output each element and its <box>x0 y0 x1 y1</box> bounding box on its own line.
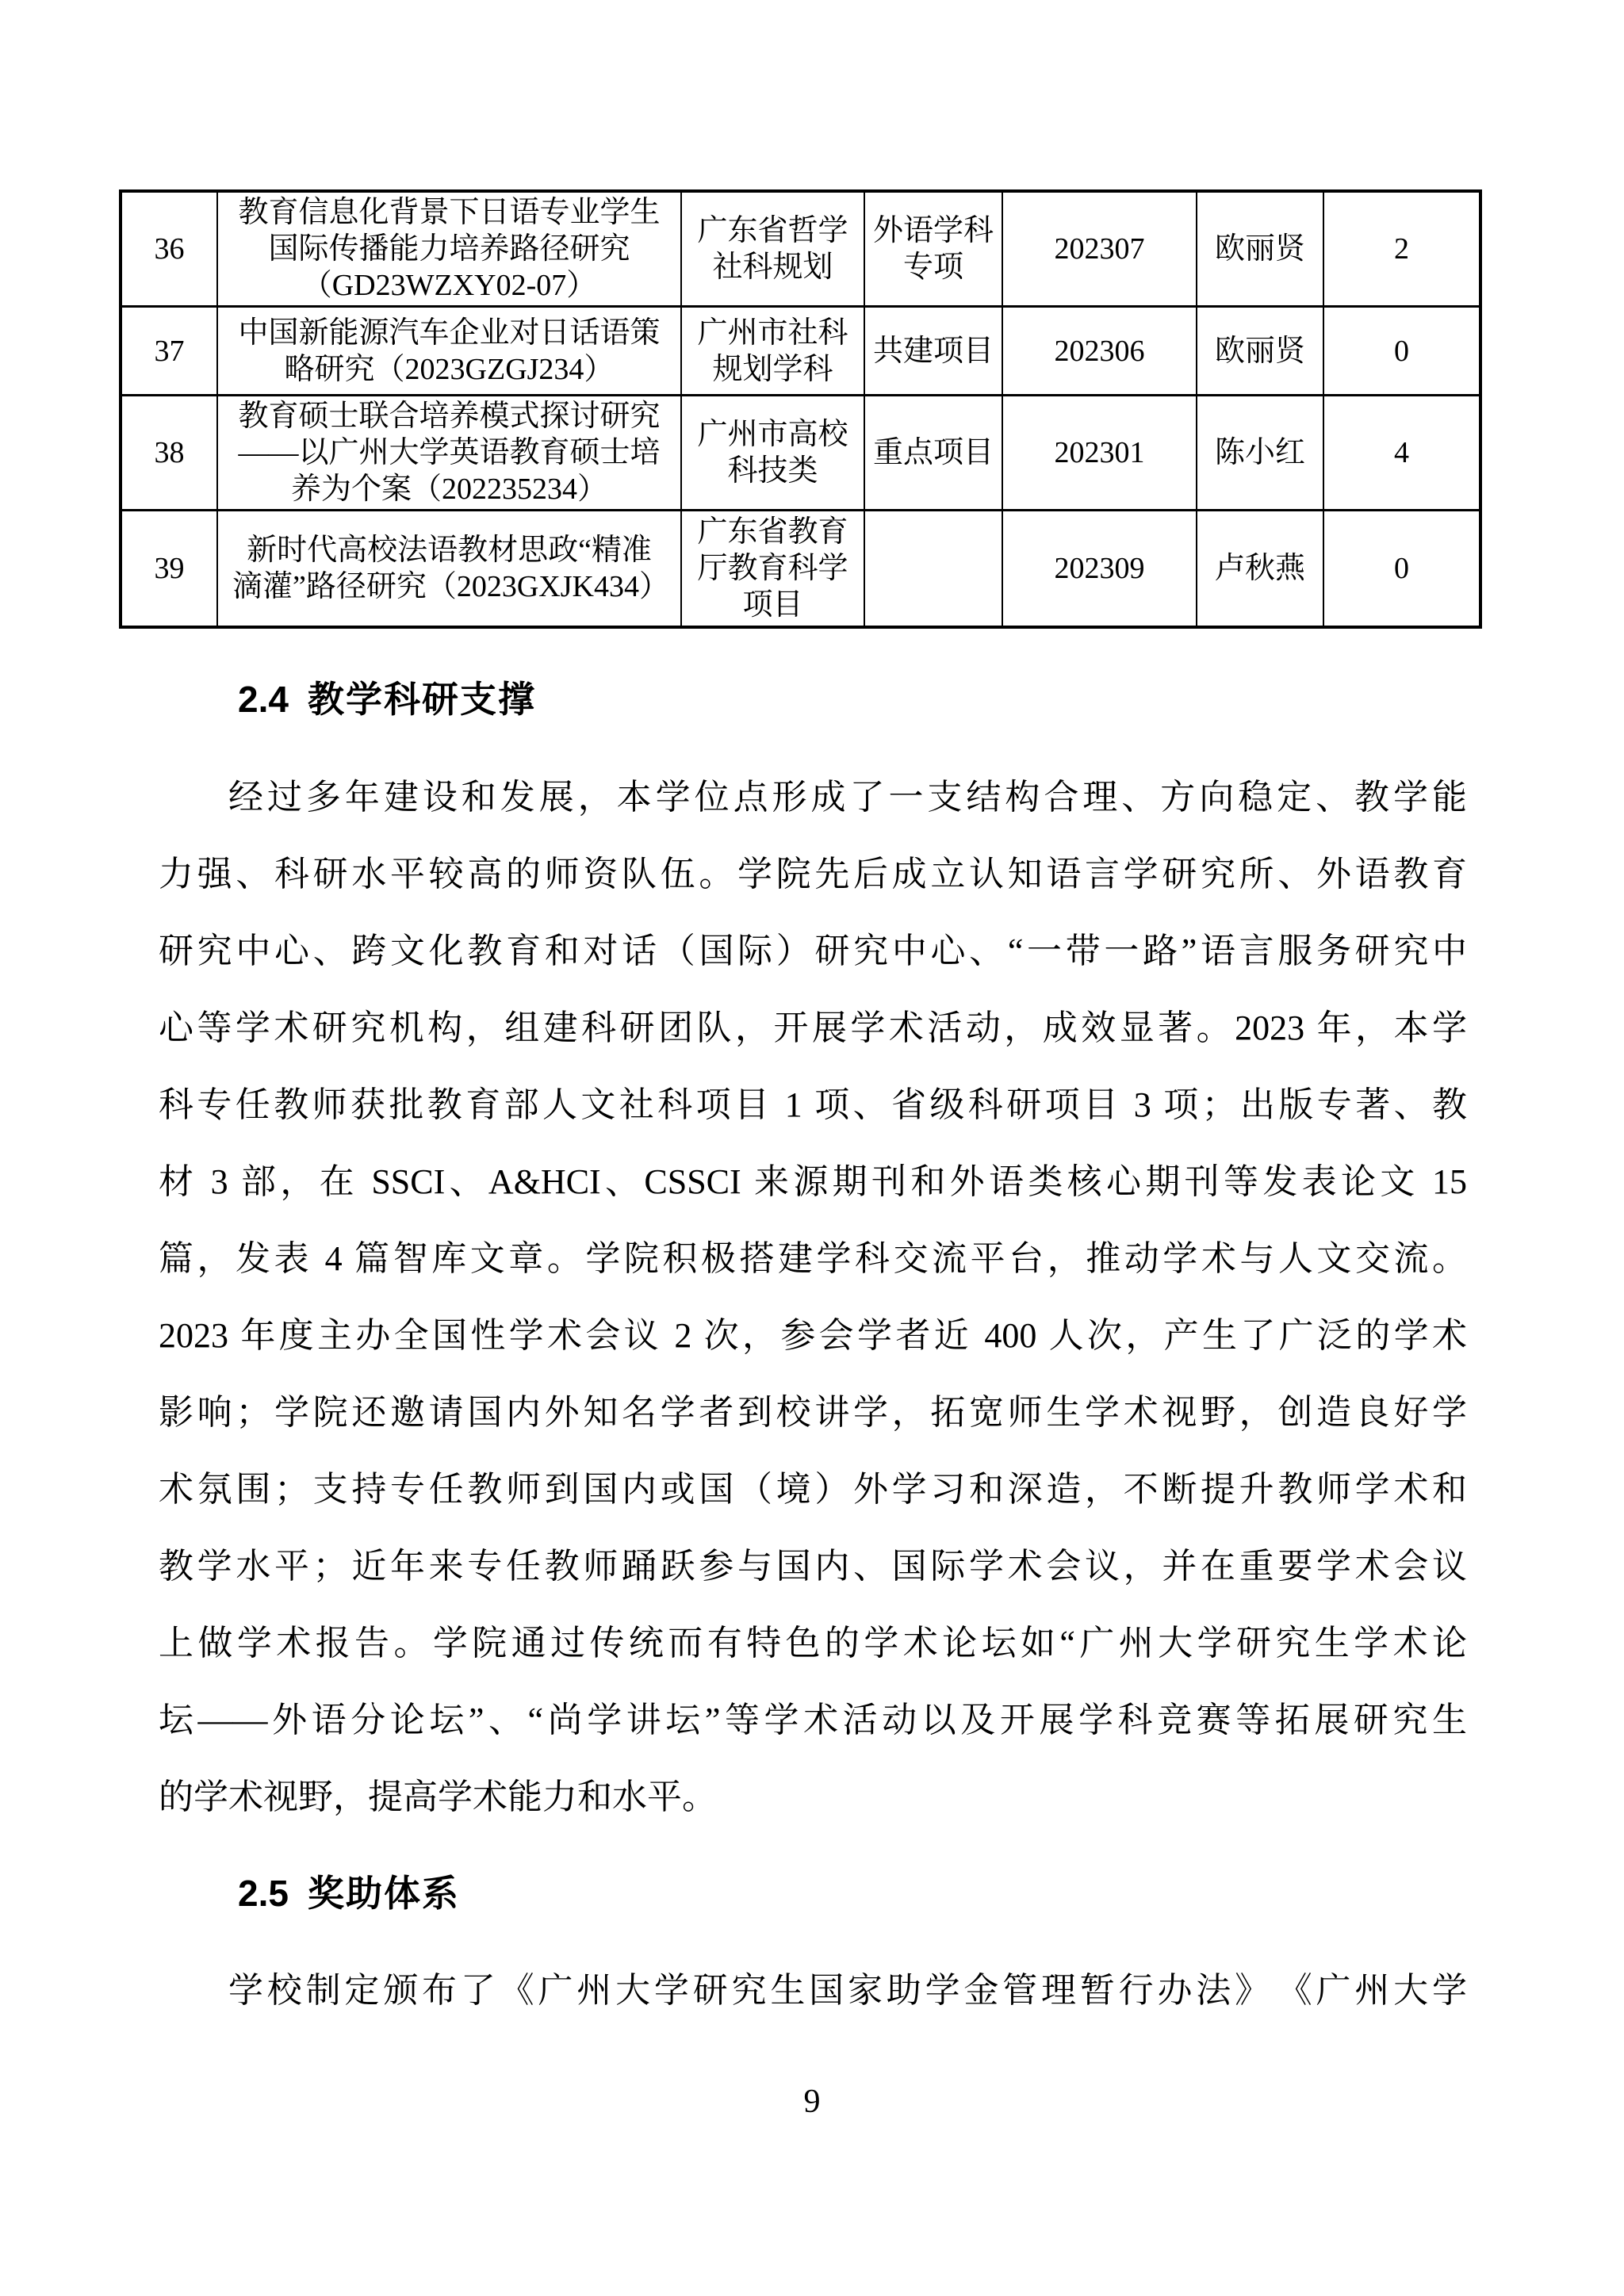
cell-category: 共建项目 <box>864 307 1002 396</box>
cell-code: 202301 <box>1002 396 1197 511</box>
heading-number: 2.5 <box>238 1873 289 1914</box>
table-row: 37 中国新能源汽车企业对日话语策略研究（2023GZGJ234） 广州市社科规… <box>121 307 1480 396</box>
cell-code: 202309 <box>1002 511 1197 627</box>
cell-count: 0 <box>1323 511 1480 627</box>
cell-count: 2 <box>1323 191 1480 307</box>
table-row: 38 教育硕士联合培养模式探讨研究——以广州大学英语教育硕士培养为个案（2022… <box>121 396 1480 511</box>
text-line: 研究中心、跨文化教育和对话（国际）研究中心、“一带一路”语言服务研究中 <box>159 913 1467 989</box>
text-line: 教学水平；近年来专任教师踊跃参与国内、国际学术会议，并在重要学术会议 <box>159 1528 1467 1605</box>
text-line: 篇，发表 4 篇智库文章。学院积极搭建学科交流平台，推动学术与人文交流。 <box>159 1220 1467 1297</box>
table-row: 36 教育信息化背景下日语专业学生国际传播能力培养路径研究（GD23WZXY02… <box>121 191 1480 307</box>
text-line: 心等学术研究机构，组建科研团队，开展学术活动，成效显著。2023 年，本学 <box>159 989 1467 1066</box>
projects-table-wrap: 36 教育信息化背景下日语专业学生国际传播能力培养路径研究（GD23WZXY02… <box>119 189 1482 629</box>
cell-code: 202306 <box>1002 307 1197 396</box>
cell-count: 4 <box>1323 396 1480 511</box>
text-line: 上做学术报告。学院通过传统而有特色的学术论坛如“广州大学研究生学术论 <box>159 1605 1467 1682</box>
cell-category: 外语学科专项 <box>864 191 1002 307</box>
heading-number: 2.4 <box>238 679 289 720</box>
page-number: 9 <box>0 2082 1624 2122</box>
cell-org: 广州市社科规划学科 <box>681 307 864 396</box>
cell-org: 广东省教育厅教育科学项目 <box>681 511 864 627</box>
cell-person: 欧丽贤 <box>1197 191 1323 307</box>
cell-org: 广州市高校科技类 <box>681 396 864 511</box>
table-row: 39 新时代高校法语教材思政“精准滴灌”路径研究（2023GXJK434） 广东… <box>121 511 1480 627</box>
text-line: 力强、科研水平较高的师资队伍。学院先后成立认知语言学研究所、外语教育 <box>159 836 1467 913</box>
section-heading-2-4: 2.4教学科研支撑 <box>238 679 536 720</box>
text-line: 的学术视野，提高学术能力和水平。 <box>159 1758 1467 1835</box>
text-line: 学校制定颁布了《广州大学研究生国家助学金管理暂行办法》 《广州大学 <box>159 1952 1467 2029</box>
cell-title: 教育信息化背景下日语专业学生国际传播能力培养路径研究（GD23WZXY02-07… <box>217 191 681 307</box>
cell-org: 广东省哲学社科规划 <box>681 191 864 307</box>
cell-title: 教育硕士联合培养模式探讨研究——以广州大学英语教育硕士培养为个案（2022352… <box>217 396 681 511</box>
text-line: 坛——外语分论坛”、“尚学讲坛”等学术活动以及开展学科竞赛等拓展研究生 <box>159 1682 1467 1758</box>
section-heading-2-5: 2.5奖助体系 <box>238 1873 460 1914</box>
cell-no: 36 <box>121 191 217 307</box>
cell-title: 新时代高校法语教材思政“精准滴灌”路径研究（2023GXJK434） <box>217 511 681 627</box>
cell-category: 重点项目 <box>864 396 1002 511</box>
paragraph-2-4: 经过多年建设和发展，本学位点形成了一支结构合理、方向稳定、教学能 力强、科研水平… <box>159 759 1467 1835</box>
text-line: 材 3 部，在 SSCI、A&HCI、CSSCI 来源期刊和外语类核心期刊等发表… <box>159 1143 1467 1220</box>
cell-person: 卢秋燕 <box>1197 511 1323 627</box>
text-line: 影响；学院还邀请国内外知名学者到校讲学，拓宽师生学术视野，创造良好学 <box>159 1374 1467 1451</box>
heading-text: 奖助体系 <box>308 1873 460 1914</box>
heading-text: 教学科研支撑 <box>308 679 536 720</box>
cell-category <box>864 511 1002 627</box>
cell-no: 39 <box>121 511 217 627</box>
paragraph-2-5: 学校制定颁布了《广州大学研究生国家助学金管理暂行办法》 《广州大学 <box>159 1952 1467 2029</box>
cell-no: 38 <box>121 396 217 511</box>
text-line: 术氛围；支持专任教师到国内或国（境）外学习和深造，不断提升教师学术和 <box>159 1451 1467 1528</box>
cell-person: 欧丽贤 <box>1197 307 1323 396</box>
projects-table: 36 教育信息化背景下日语专业学生国际传播能力培养路径研究（GD23WZXY02… <box>119 189 1482 629</box>
text-line: 2023 年度主办全国性学术会议 2 次，参会学者近 400 人次，产生了广泛的… <box>159 1297 1467 1374</box>
cell-code: 202307 <box>1002 191 1197 307</box>
text-line: 科专任教师获批教育部人文社科项目 1 项、省级科研项目 3 项；出版专著、教 <box>159 1066 1467 1143</box>
cell-person: 陈小红 <box>1197 396 1323 511</box>
cell-title: 中国新能源汽车企业对日话语策略研究（2023GZGJ234） <box>217 307 681 396</box>
cell-count: 0 <box>1323 307 1480 396</box>
text-line: 经过多年建设和发展，本学位点形成了一支结构合理、方向稳定、教学能 <box>159 759 1467 836</box>
cell-no: 37 <box>121 307 217 396</box>
